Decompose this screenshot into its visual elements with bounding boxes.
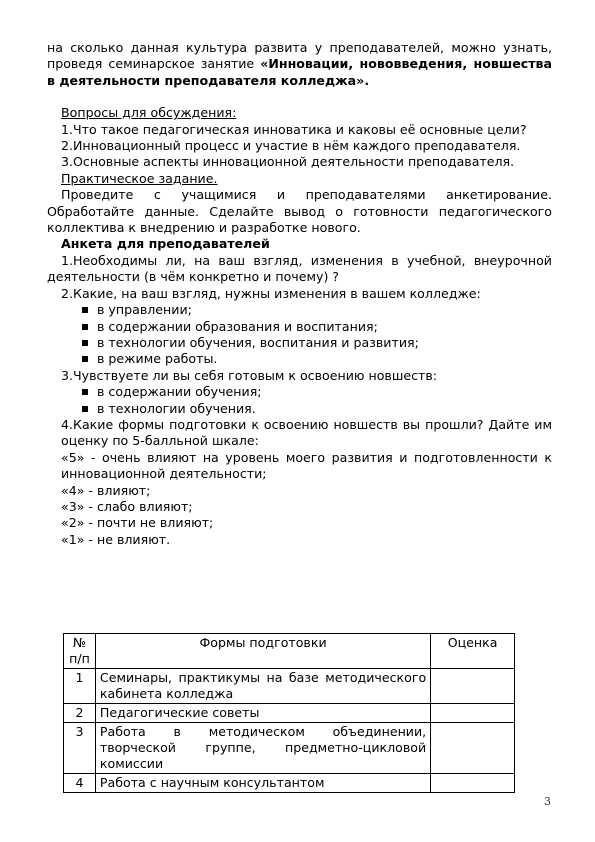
row-number: 2 xyxy=(64,704,96,723)
row-number: 3 xyxy=(64,723,96,774)
question-2-options: в управлении; в содержании образования и… xyxy=(47,302,552,368)
survey-question-1: 1.Необходимы ли, на ваш взгляд, изменени… xyxy=(47,253,552,286)
header-score: Оценка xyxy=(431,634,515,669)
page-number: 3 xyxy=(544,795,551,808)
table-row: 2 Педагогические советы xyxy=(64,704,515,723)
row-form: Семинары, практикумы на базе методическо… xyxy=(95,669,430,704)
list-item: в технологии обучения, воспитания и разв… xyxy=(82,335,552,351)
header-form: Формы подготовки xyxy=(95,634,430,669)
discussion-heading: Вопросы для обсуждения: xyxy=(47,105,552,121)
row-form: Работа с научным консультантом xyxy=(95,774,430,793)
row-number: 4 xyxy=(64,774,96,793)
list-item: в содержании образования и воспитания; xyxy=(82,319,552,335)
discussion-question: 3.Основные аспекты инновационной деятель… xyxy=(47,154,552,170)
practical-text: Проведите с учащимися и преподавателями … xyxy=(47,187,552,236)
intro-paragraph: на сколько данная культура развита у пре… xyxy=(47,40,552,89)
scale-item: «3» - слабо влияют; xyxy=(61,499,552,515)
row-form: Педагогические советы xyxy=(95,704,430,723)
table-row: 1 Семинары, практикумы на базе методичес… xyxy=(64,669,515,704)
scale-item: «4» - влияют; xyxy=(61,483,552,499)
table-row: 4 Работа с научным консультантом xyxy=(64,774,515,793)
survey-question-3: 3.Чувствуете ли вы себя готовым к освоен… xyxy=(47,368,552,384)
list-item: в режиме работы. xyxy=(82,351,552,367)
row-score-cell[interactable] xyxy=(431,669,515,704)
practical-heading: Практическое задание. xyxy=(47,171,552,187)
table-row: 3 Работа в методическом объединении, тво… xyxy=(64,723,515,774)
discussion-question: 2.Инновационный процесс и участие в нём … xyxy=(47,138,552,154)
row-score-cell[interactable] xyxy=(431,723,515,774)
discussion-question: 1.Что такое педагогическая инноватика и … xyxy=(47,122,552,138)
training-forms-table: № п/п Формы подготовки Оценка 1 Семинары… xyxy=(63,633,515,793)
survey-question-4: 4.Какие формы подготовки к освоению новш… xyxy=(61,417,552,450)
document-page: на сколько данная культура развита у пре… xyxy=(47,40,552,548)
row-number: 1 xyxy=(64,669,96,704)
question-4-block: 4.Какие формы подготовки к освоению новш… xyxy=(47,417,552,548)
row-score-cell[interactable] xyxy=(431,704,515,723)
list-item: в содержании обучения; xyxy=(82,384,552,400)
header-number: № п/п xyxy=(64,634,96,669)
question-3-options: в содержании обучения; в технологии обуч… xyxy=(47,384,552,417)
list-item: в технологии обучения. xyxy=(82,401,552,417)
scale-item: «5» - очень влияют на уровень моего разв… xyxy=(61,450,552,483)
row-score-cell[interactable] xyxy=(431,774,515,793)
survey-title: Анкета для преподавателей xyxy=(47,236,552,252)
scale-item: «1» - не влияют. xyxy=(61,532,552,548)
row-form: Работа в методическом объединении, творч… xyxy=(95,723,430,774)
table-header-row: № п/п Формы подготовки Оценка xyxy=(64,634,515,669)
scale-item: «2» - почти не влияют; xyxy=(61,515,552,531)
list-item: в управлении; xyxy=(82,302,552,318)
survey-question-2: 2.Какие, на ваш взгляд, нужны изменения … xyxy=(47,286,552,302)
